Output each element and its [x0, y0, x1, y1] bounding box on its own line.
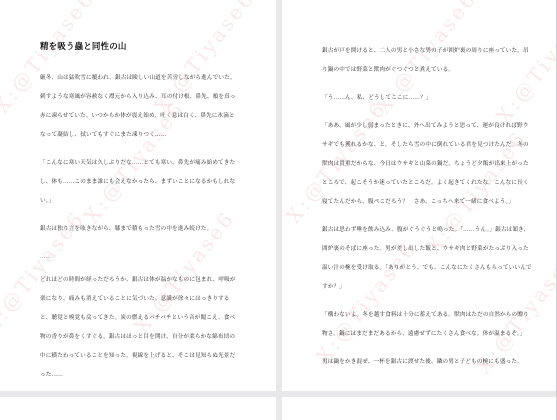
chapter-title: 精を吸う蟲と同性の山	[40, 42, 240, 53]
page-content: 精を吸う蟲と同性の山 厳冬、山は猛吹雪に覆われ、銀古は険しい山道を苦労しながら進…	[40, 30, 240, 391]
paragraph: 銀古は思わず唾を飲み込み、腹がぐうぐうと鳴った。「……うん。」銀古は頷き、囲炉裏…	[322, 221, 532, 297]
document-page-left: X:@Tiyase6 X:@Tiyase6 X:@Tiyase6 X:@Tiya…	[0, 0, 276, 391]
paragraph: 「う……ん、私、どうしてここに……？」	[322, 89, 532, 108]
scene-break: ……	[40, 248, 240, 267]
document-page-right: X:@Tiyase6 X:@Tiyase6 X:@Tiyase6 X:@Tiya…	[282, 0, 556, 391]
paragraph: 「こんなに寒い天気は久しぶりだな……とても寒い、鼻先が痛み始めてきたし、体も………	[40, 154, 240, 211]
paragraph: 厳冬、山は猛吹雪に覆われ、銀古は険しい山道を苦労しながら進んでいた。刺すような寒…	[40, 69, 240, 145]
document-page-next-left	[0, 397, 276, 420]
paragraph: 銀古は独り言を呟きながら、膝まで積もった雪の中を進み続けた。	[40, 220, 240, 239]
paragraph: 「構わないよ。冬を越す食料は十分に蓄えてある。獣肉はただの自然からの贈り物さ。鍋…	[322, 306, 532, 344]
document-page-next-right	[282, 397, 556, 420]
paragraph: どれほどの時間が経っただろうか、銀古は体が温かなものに包まれ、呼吸が楽になり、痛…	[40, 271, 240, 385]
page-content: 銀古が戸を開けると、二人の男と小さな男の子が囲炉裏の周りに座っていた。吊り鍋の中…	[322, 42, 532, 381]
paragraph: 「ああ、風が少し弱まったときに、外へ出てみようと思って、運が良ければ野ウサギでも…	[322, 117, 532, 212]
paragraph: 男は鍋をかき混ぜ、一杯を銀古に渡せた後、隣の男と子どもの椀にも盛った。	[322, 353, 532, 372]
paragraph: 銀古が戸を開けると、二人の男と小さな男の子が囲炉裏の周りに座っていた。吊り鍋の中…	[322, 42, 532, 80]
